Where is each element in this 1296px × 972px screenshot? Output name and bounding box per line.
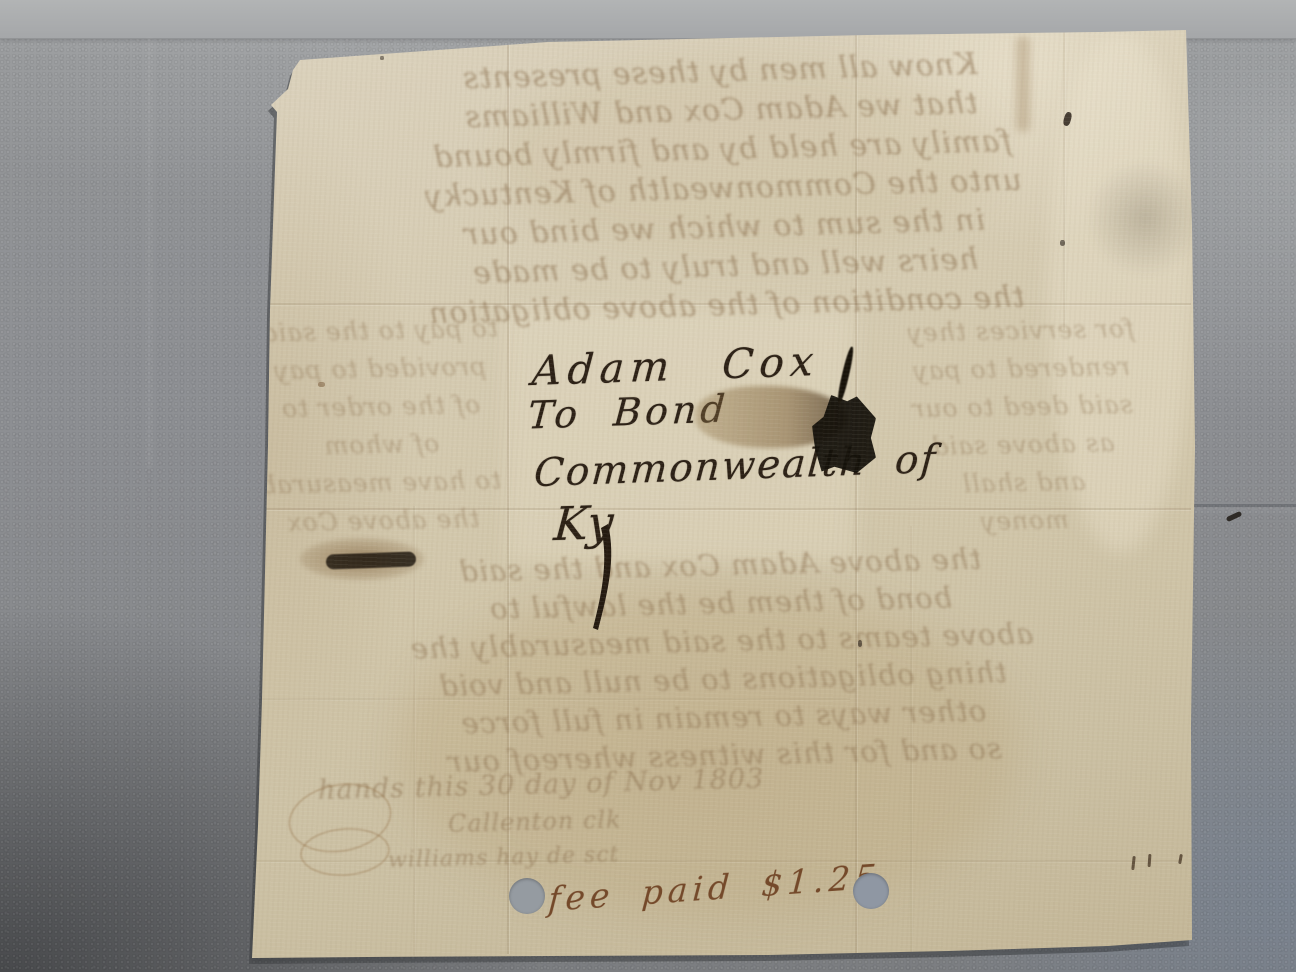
bleed-line: of the order to bbox=[261, 386, 500, 429]
bleed-line: to pay to the said bbox=[260, 310, 499, 353]
fold-crease-horizontal-faint bbox=[250, 698, 850, 700]
fold-crease-vertical-faint-lower bbox=[910, 526, 912, 956]
punch-hole-left bbox=[509, 878, 545, 914]
bleed-line: unto the Commonwealth of Kentucky bbox=[278, 157, 1169, 221]
bleed-line: provided to pay bbox=[260, 348, 499, 391]
fold-crease-horizontal-bottom bbox=[250, 860, 1180, 862]
debris-fleck bbox=[1226, 511, 1243, 522]
ink-fleck bbox=[1062, 111, 1072, 126]
ink-fleck bbox=[1060, 240, 1065, 246]
faint-date-line: hands this 30 day of Nov 1803 bbox=[318, 761, 859, 806]
edge-tick-mark bbox=[1148, 854, 1152, 867]
ink-fleck bbox=[380, 56, 384, 60]
bleed-line: bond of them be the lawful to bbox=[270, 573, 1171, 633]
bleed-line: as above said bbox=[860, 423, 1186, 468]
faint-signature-line: williams hay de sct bbox=[388, 840, 709, 873]
fold-crease-horizontal-upper bbox=[250, 303, 1191, 305]
ink-fleck bbox=[318, 382, 325, 387]
bleed-line: that we Adam Cox and Williams bbox=[275, 79, 1166, 143]
fold-crease-vertical-upper-right bbox=[1063, 30, 1065, 330]
bleed-line: and shall bbox=[861, 461, 1187, 506]
edge-tick-mark bbox=[1178, 854, 1183, 864]
background-light-band bbox=[148, 38, 151, 468]
bleed-line: money bbox=[862, 499, 1188, 544]
bleed-line: to have measurably bbox=[263, 461, 502, 504]
smudge-top-right bbox=[1083, 154, 1207, 282]
bleed-through-text-mid-left: to pay to the said provided to pay of th… bbox=[260, 310, 503, 543]
bleed-line: of whom bbox=[262, 424, 501, 467]
fee-paid-note: fee paid $1.25 bbox=[547, 856, 882, 919]
punch-hole-right bbox=[853, 873, 889, 909]
bleed-line: above teams to the said measurably the bbox=[271, 611, 1172, 671]
bleed-line: family are held by and firmly bound bbox=[277, 118, 1168, 182]
bleed-line: heirs well and truly to be made bbox=[280, 235, 1171, 299]
bleed-through-text-top: Know all men by these presents that we A… bbox=[274, 40, 1171, 338]
bleed-line: in the sum to which we bind our bbox=[279, 196, 1170, 260]
faint-clerk-line: Callenton clk bbox=[448, 802, 749, 838]
bleed-line: said deed to our bbox=[859, 385, 1185, 430]
paper-stain-bottom bbox=[398, 586, 1018, 916]
ink-fleck bbox=[858, 640, 862, 647]
paper-stain-right-light bbox=[1048, 32, 1193, 552]
fold-crease-vertical-faint-left bbox=[413, 506, 415, 956]
bleed-line: rendered to pay bbox=[858, 347, 1184, 392]
bleed-line: other ways to remain in full force bbox=[273, 687, 1174, 747]
bleed-line: so and for this witness whereof our bbox=[274, 725, 1175, 785]
ink-smear-left-core bbox=[326, 551, 416, 569]
photo-scene: Know all men by these presents that we A… bbox=[0, 0, 1296, 972]
paper-stain-top bbox=[498, 56, 998, 256]
bleed-line: for services they bbox=[858, 309, 1184, 354]
background-seam-right bbox=[1190, 504, 1296, 507]
bleed-through-text-mid-right: for services they rendered to pay said d… bbox=[858, 309, 1188, 544]
bleed-line: Know all men by these presents bbox=[274, 40, 1165, 104]
stain-streak-top bbox=[1016, 36, 1030, 132]
edge-tick-mark bbox=[1131, 856, 1135, 870]
paper-document: Know all men by these presents that we A… bbox=[248, 26, 1196, 962]
bleed-line: the above Cox bbox=[264, 499, 503, 542]
bleed-line: thing obligations to be null and void bbox=[272, 649, 1173, 709]
